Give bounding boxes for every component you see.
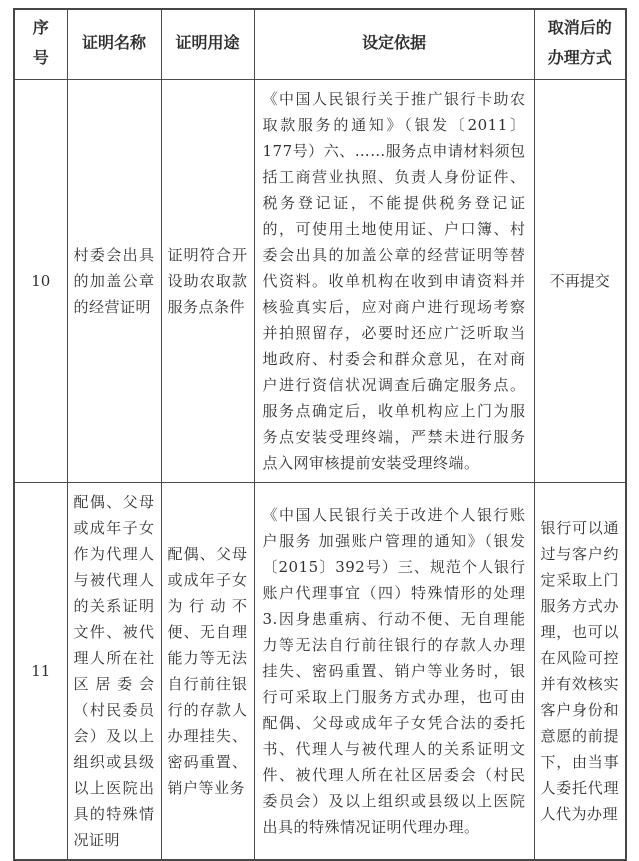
- cell-handling-after-cancellation: 银行可以通过与客户约定采取上门服务方式办理，也可以在风险可控并有效核实客户身份和…: [534, 482, 626, 817]
- cell-certificate-purpose: 配偶、父母或成年子女为行动不便、无自理能力等无法自行前往银行的存款人办理挂失、密…: [161, 482, 254, 817]
- header-certificate-purpose: 证明用途: [161, 9, 254, 79]
- cell-handling-after-cancellation: 不再提交: [534, 79, 626, 482]
- header-certificate-name: 证明名称: [67, 9, 161, 79]
- cell-certificate-name: 村委会出具的加盖公章的经营证明: [67, 79, 161, 482]
- table-row: 11 配偶、父母或成年子女作为代理人与被代理人的关系证明文件、被代理人所在社区居…: [14, 482, 626, 817]
- cell-certificate-name: 配偶、父母或成年子女作为代理人与被代理人的关系证明文件、被代理人所在社区居委会（…: [67, 482, 161, 817]
- table-body: 10 村委会出具的加盖公章的经营证明 证明符合开设助农取款服务点条件 《中国人民…: [14, 79, 626, 817]
- cell-serial-number: 10: [14, 79, 67, 482]
- certificates-table: 序号 证明名称 证明用途 设定依据 取消后的办理方式 10 村委会出具的加盖公章…: [13, 8, 627, 817]
- cell-certificate-purpose: 证明符合开设助农取款服务点条件: [161, 79, 254, 482]
- header-serial-number: 序号: [14, 9, 67, 79]
- cell-setting-basis: 《中国人民银行关于推广银行卡助农取款服务的通知》（银发〔2011〕177号）六、…: [254, 79, 534, 482]
- document-page: 序号 证明名称 证明用途 设定依据 取消后的办理方式 10 村委会出具的加盖公章…: [0, 0, 639, 817]
- table-header: 序号 证明名称 证明用途 设定依据 取消后的办理方式: [14, 9, 626, 79]
- table-row: 10 村委会出具的加盖公章的经营证明 证明符合开设助农取款服务点条件 《中国人民…: [14, 79, 626, 482]
- header-handling-after-cancellation: 取消后的办理方式: [534, 9, 626, 79]
- cell-setting-basis: 《中国人民银行关于改进个人银行账户服务 加强账户管理的通知》（银发〔2015〕3…: [254, 482, 534, 817]
- cell-serial-number: 11: [14, 482, 67, 817]
- header-row: 序号 证明名称 证明用途 设定依据 取消后的办理方式: [14, 9, 626, 79]
- header-setting-basis: 设定依据: [254, 9, 534, 79]
